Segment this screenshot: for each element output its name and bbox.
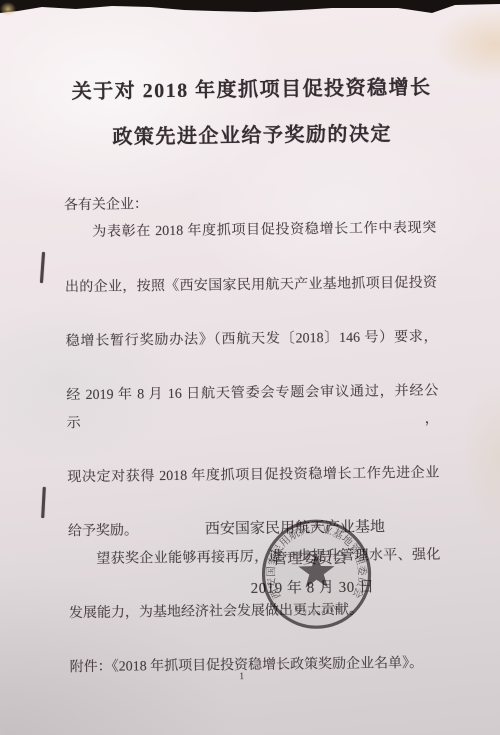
scanned-document-photo: 关于对 2018 年度抓项目促投资稳增长 政策先进企业给予奖励的决定 各有关企业…	[0, 0, 500, 735]
page-number: 1	[232, 671, 252, 682]
body-line: 经 2019 年 8 月 16 日航天管委会专题会审议通过，并经公示，	[66, 378, 439, 464]
body-line: 现决定对获得 2018 年度抓项目促投资稳增长工作先进企业	[67, 460, 440, 519]
body-line: 出的企业，按照《西安国家民用航天产业基地抓项目促投资	[65, 269, 438, 328]
body-line: 为表彰在 2018 年度抓项目促投资稳增长工作中表现突	[64, 215, 437, 274]
doc-body: 各有关企业： 为表彰在 2018 年度抓项目促投资稳增长工作中表现突 出的企业，…	[64, 188, 442, 682]
doc-title-line2: 政策先进企业给予奖励的决定	[37, 116, 467, 150]
attachment-line: 附件：《2018 年抓项目促投资稳增长政策奖励企业名单》。	[69, 650, 441, 682]
official-seal-stamp: 西安国家民用航天产业基地管理委员会 6101000000	[258, 515, 375, 632]
body-line: 稳增长暂行奖励办法》（西航天发〔2018〕146 号）要求，	[66, 324, 439, 383]
body-line: 发展能力，为基地经济社会发展做出更大贡献。	[69, 596, 441, 628]
paper-sheet: 关于对 2018 年度抓项目促投资稳增长 政策先进企业给予奖励的决定 各有关企业…	[0, 0, 500, 735]
doc-title-line1: 关于对 2018 年度抓项目促投资稳增长	[36, 70, 466, 104]
